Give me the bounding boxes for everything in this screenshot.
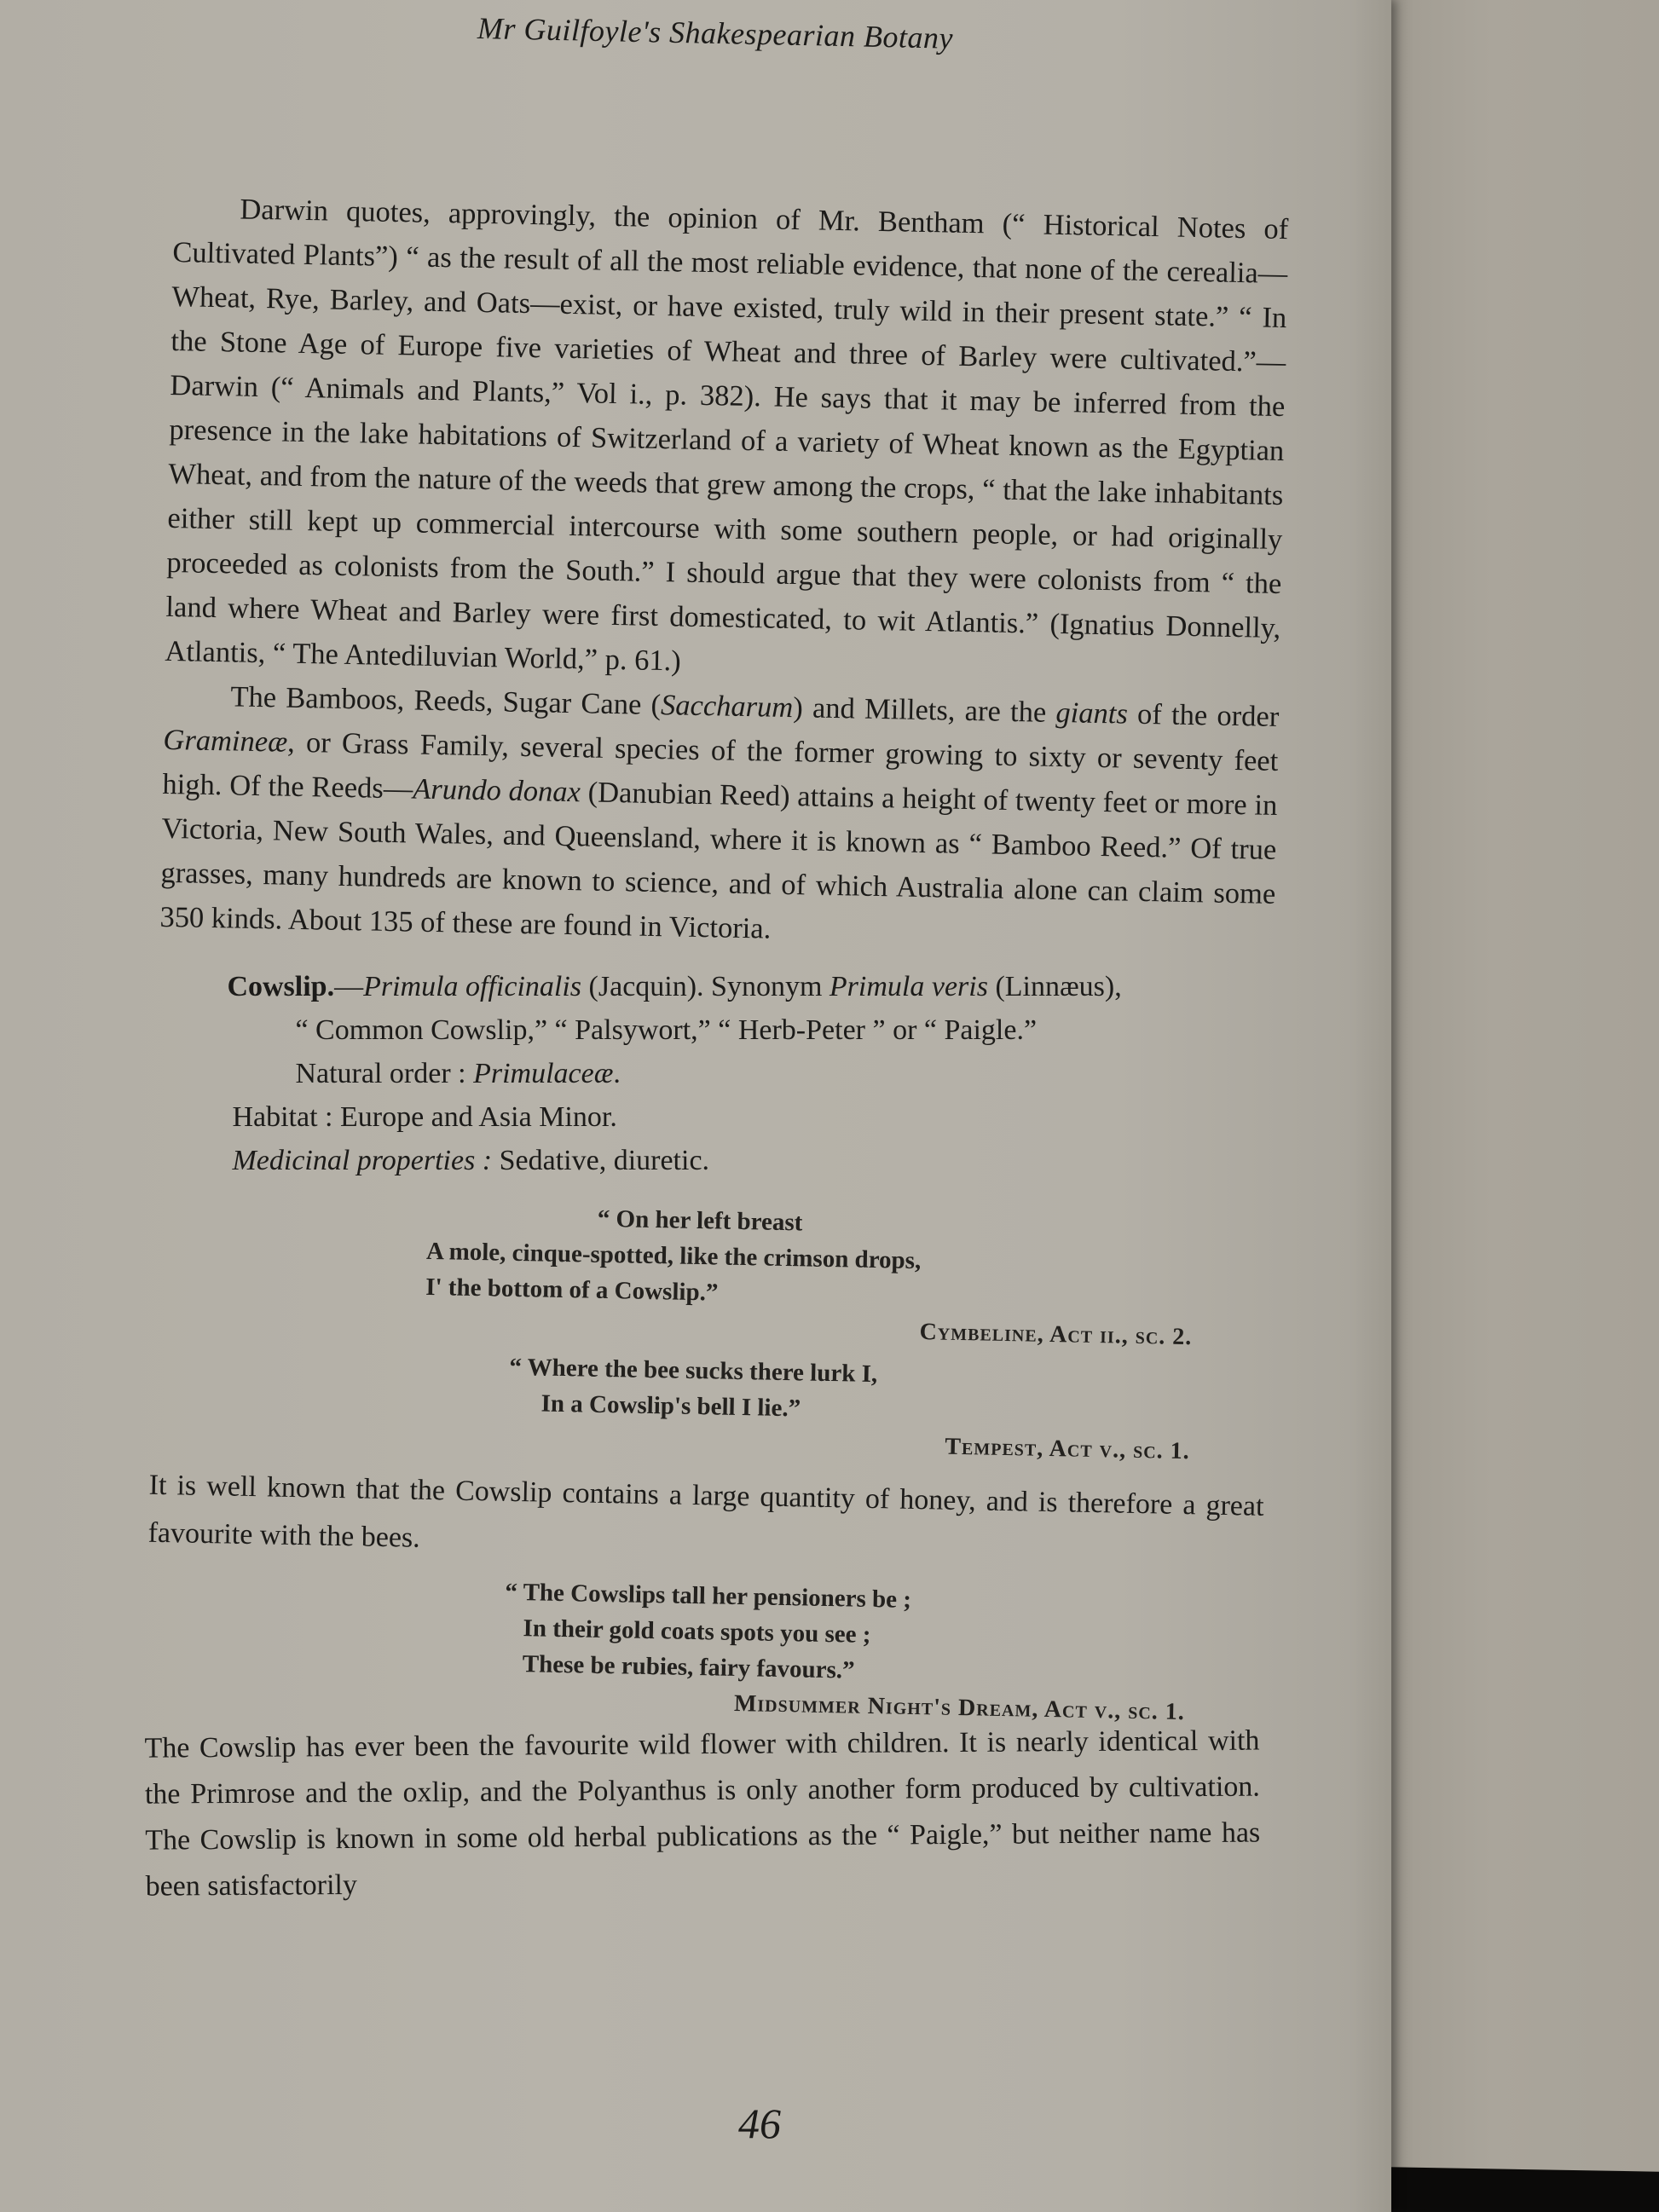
paragraph-darwin: Darwin quotes, approvingly, the opinion … xyxy=(165,186,1289,695)
page-body: Darwin quotes, approvingly, the opinion … xyxy=(141,186,1289,1932)
entry-dash: — xyxy=(334,971,363,1002)
medicinal-label: Medicinal properties : xyxy=(232,1145,499,1176)
table-shadow xyxy=(1390,2167,1659,2212)
medicinal-value: Sedative, diuretic. xyxy=(500,1145,709,1176)
paragraph-bamboos: The Bamboos, Reeds, Sugar Cane (Saccharu… xyxy=(159,673,1280,961)
synonym-name: Primula veris xyxy=(829,971,988,1002)
habitat: Habitat : Europe and Asia Minor. xyxy=(159,1095,1274,1139)
habitat-value: Europe and Asia Minor. xyxy=(340,1101,617,1133)
natural-order-value: Primulaceæ xyxy=(473,1058,613,1089)
page-number: 46 xyxy=(738,2099,781,2148)
text-span: ) and Millets, are the xyxy=(793,691,1056,729)
habitat-label: Habitat : xyxy=(232,1101,340,1133)
entry-name: Cowslip. xyxy=(227,971,334,1002)
paragraph-honey: It is well known that the Cowslip contai… xyxy=(147,1462,1264,1579)
quote-midsummer: “ The Cowslips tall her pensioners be ; … xyxy=(503,1574,1188,1730)
quote-tempest: “ Where the bee sucks there lurk I, In a… xyxy=(507,1349,1191,1470)
italic-arundo-donax: Arundo donax xyxy=(413,773,581,809)
text-span: of the order xyxy=(1127,698,1279,733)
book-page: Mr Guilfoyle's Shakespearian Botany Darw… xyxy=(0,0,1391,2212)
running-head: Mr Guilfoyle's Shakespearian Botany xyxy=(477,10,1075,59)
natural-order-end: . xyxy=(613,1058,621,1089)
quote-cymbeline: “ On her left breast A mole, cinque-spot… xyxy=(425,1198,1194,1355)
italic-gramineae: Gramineæ xyxy=(163,724,287,759)
cowslip-entry: Cowslip.—Primula officinalis (Jacquin). … xyxy=(159,965,1274,1182)
authority: (Jacquin). Synonym xyxy=(581,971,829,1002)
entry-heading: Cowslip.—Primula officinalis (Jacquin). … xyxy=(159,965,1274,1008)
text-span: The Bamboos, Reeds, Sugar Cane ( xyxy=(230,680,661,721)
paragraph-children: The Cowslip has ever been the favourite … xyxy=(144,1718,1260,1910)
common-names: “ Common Cowslip,” “ Palsywort,” “ Herb-… xyxy=(159,1008,1274,1052)
synonym-authority: (Linnæus), xyxy=(988,971,1122,1002)
botanical-name: Primula officinalis xyxy=(363,971,581,1002)
italic-giants: giants xyxy=(1055,696,1128,731)
natural-order: Natural order : Primulaceæ. xyxy=(159,1052,1274,1095)
medicinal-properties: Medicinal properties : Sedative, diureti… xyxy=(159,1139,1274,1182)
adjacent-page-edge xyxy=(1381,0,1659,2182)
natural-order-label: Natural order : xyxy=(295,1058,473,1089)
italic-saccharum: Saccharum xyxy=(661,689,794,724)
